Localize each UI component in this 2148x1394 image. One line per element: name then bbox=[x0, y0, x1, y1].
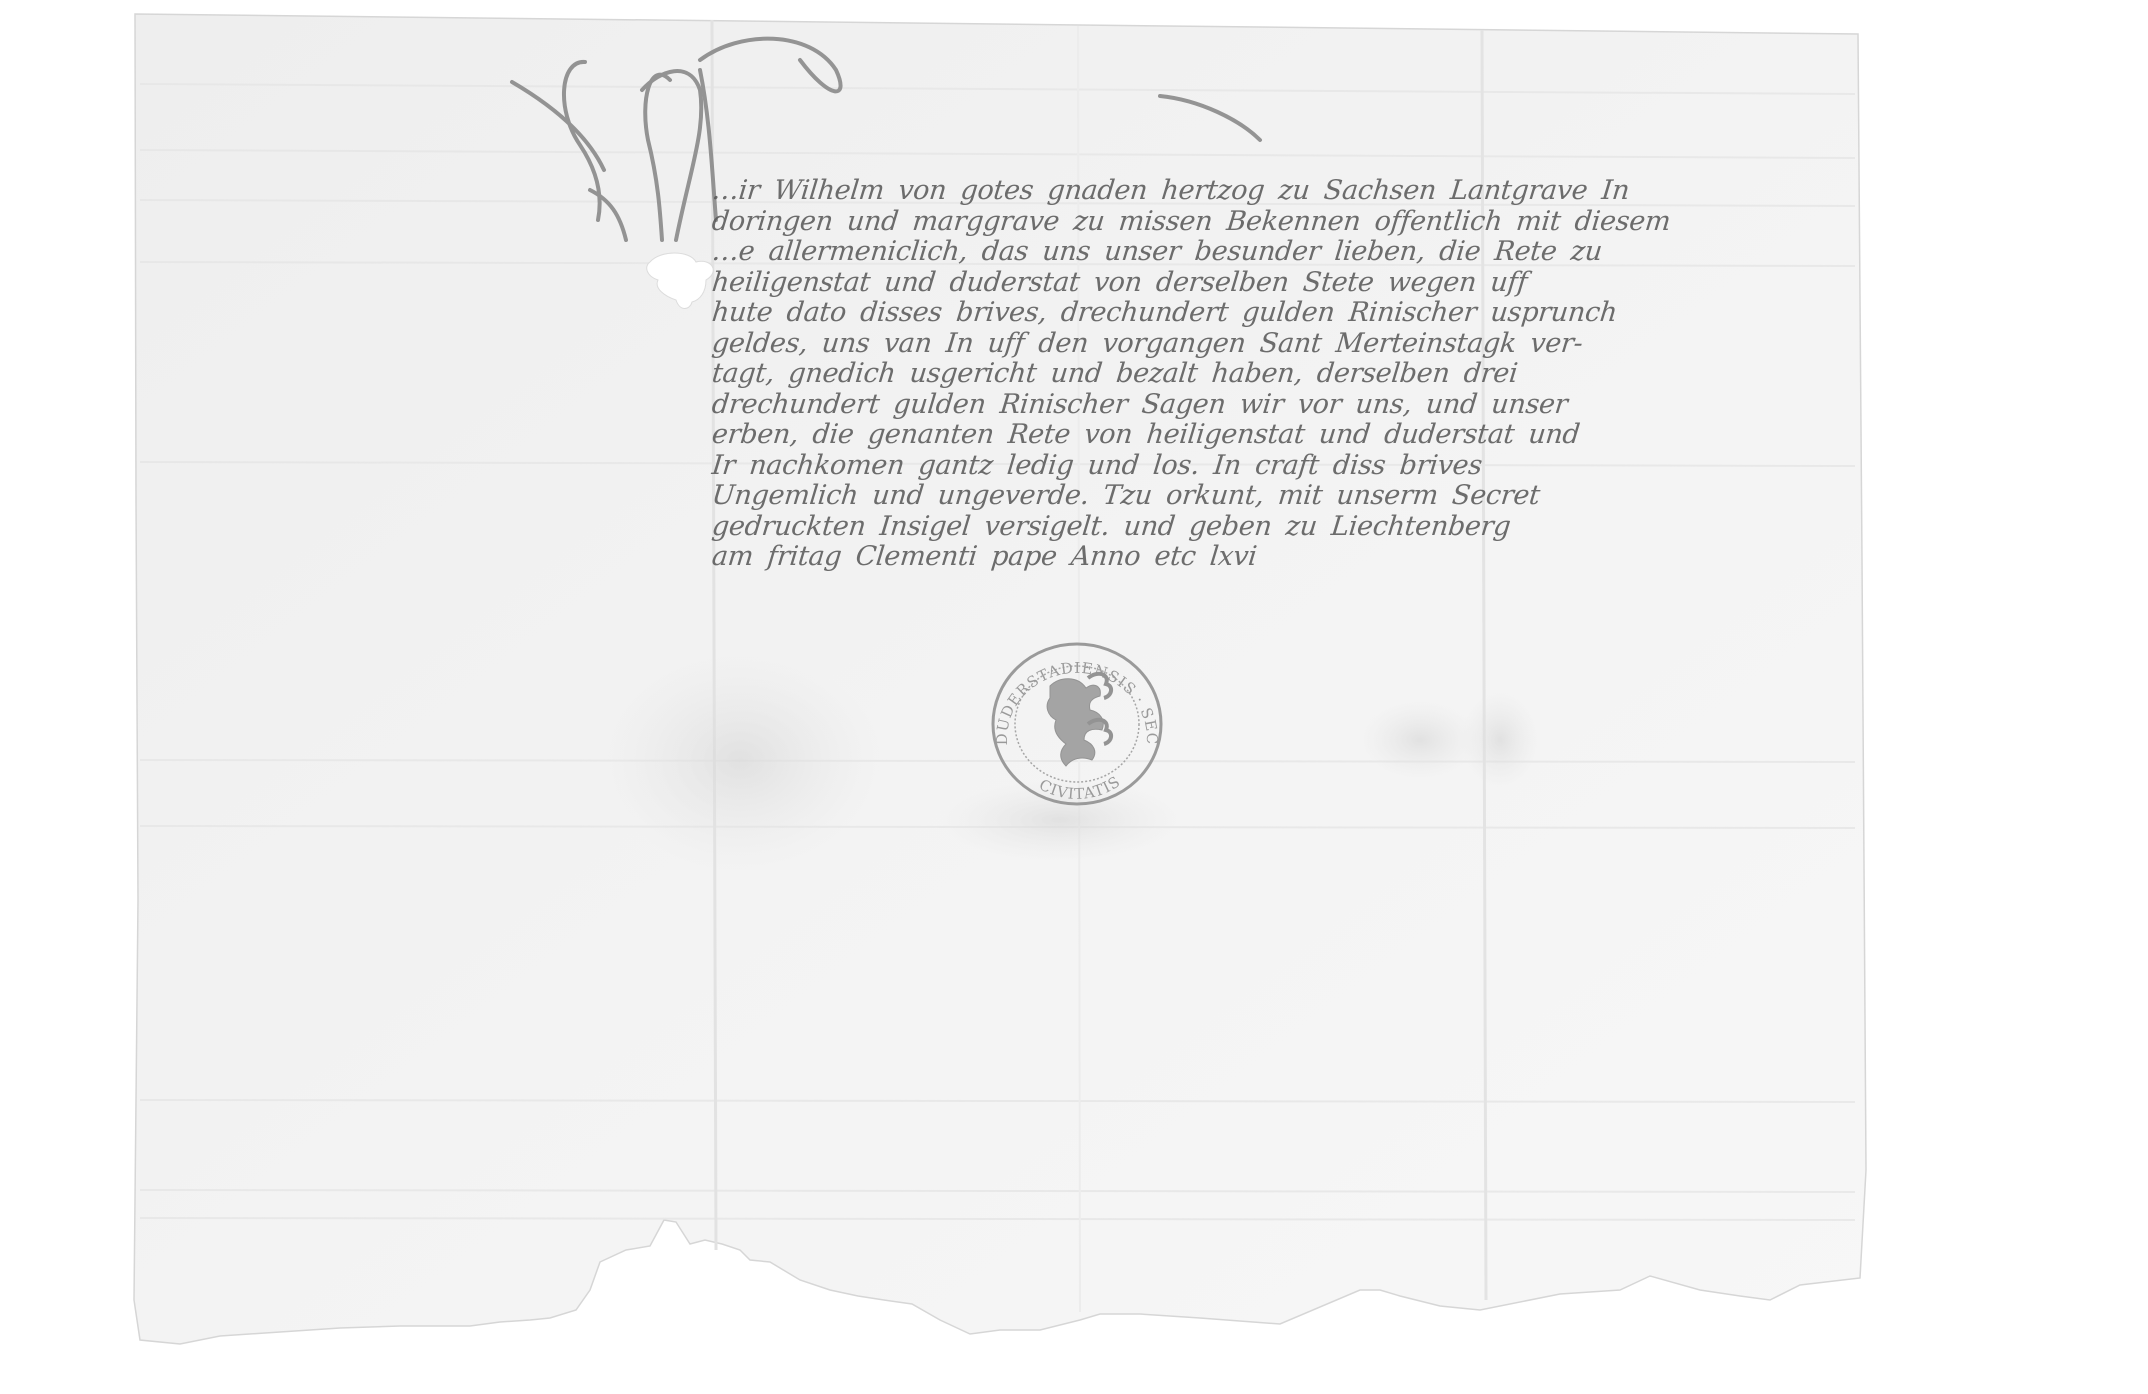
text-line-10: Ir nachkomen gantz ledig und los. In cra… bbox=[710, 451, 1913, 482]
text-line-9: erben, die genanten Rete von heiligensta… bbox=[710, 420, 1913, 451]
text-line-2: doringen und marggrave zu missen Bekenne… bbox=[710, 207, 1913, 238]
text-line-8: drechundert gulden Rinischer Sagen wir v… bbox=[710, 390, 1913, 421]
text-line-4: heiligenstat und duderstat von derselben… bbox=[710, 268, 1913, 299]
text-line-13: am fritag Clementi pape Anno etc lxvi bbox=[710, 542, 1913, 573]
charter-text: …ir Wilhelm von gotes gnaden hertzog zu … bbox=[712, 176, 1912, 573]
text-line-3: …e allermeniclich, das uns unser besunde… bbox=[710, 237, 1913, 268]
text-line-12: gedruckten Insigel versigelt. und geben … bbox=[710, 512, 1913, 543]
text-line-11: Ungemlich und ungeverde. Tzu orkunt, mit… bbox=[710, 481, 1913, 512]
document-scan: …ir Wilhelm von gotes gnaden hertzog zu … bbox=[0, 0, 2148, 1394]
text-line-1: …ir Wilhelm von gotes gnaden hertzog zu … bbox=[710, 176, 1913, 207]
text-line-5: hute dato disses brives, drechundert gul… bbox=[710, 298, 1913, 329]
archive-stamp: DUDERSTADIENSIS · SECRETUM CIVITATIS DUD… bbox=[988, 640, 1166, 808]
rampant-lion-icon bbox=[1047, 674, 1111, 766]
text-line-6: geldes, uns van In uff den vorgangen San… bbox=[710, 329, 1913, 360]
text-line-7: tagt, gnedich usgericht und bezalt haben… bbox=[710, 359, 1913, 390]
